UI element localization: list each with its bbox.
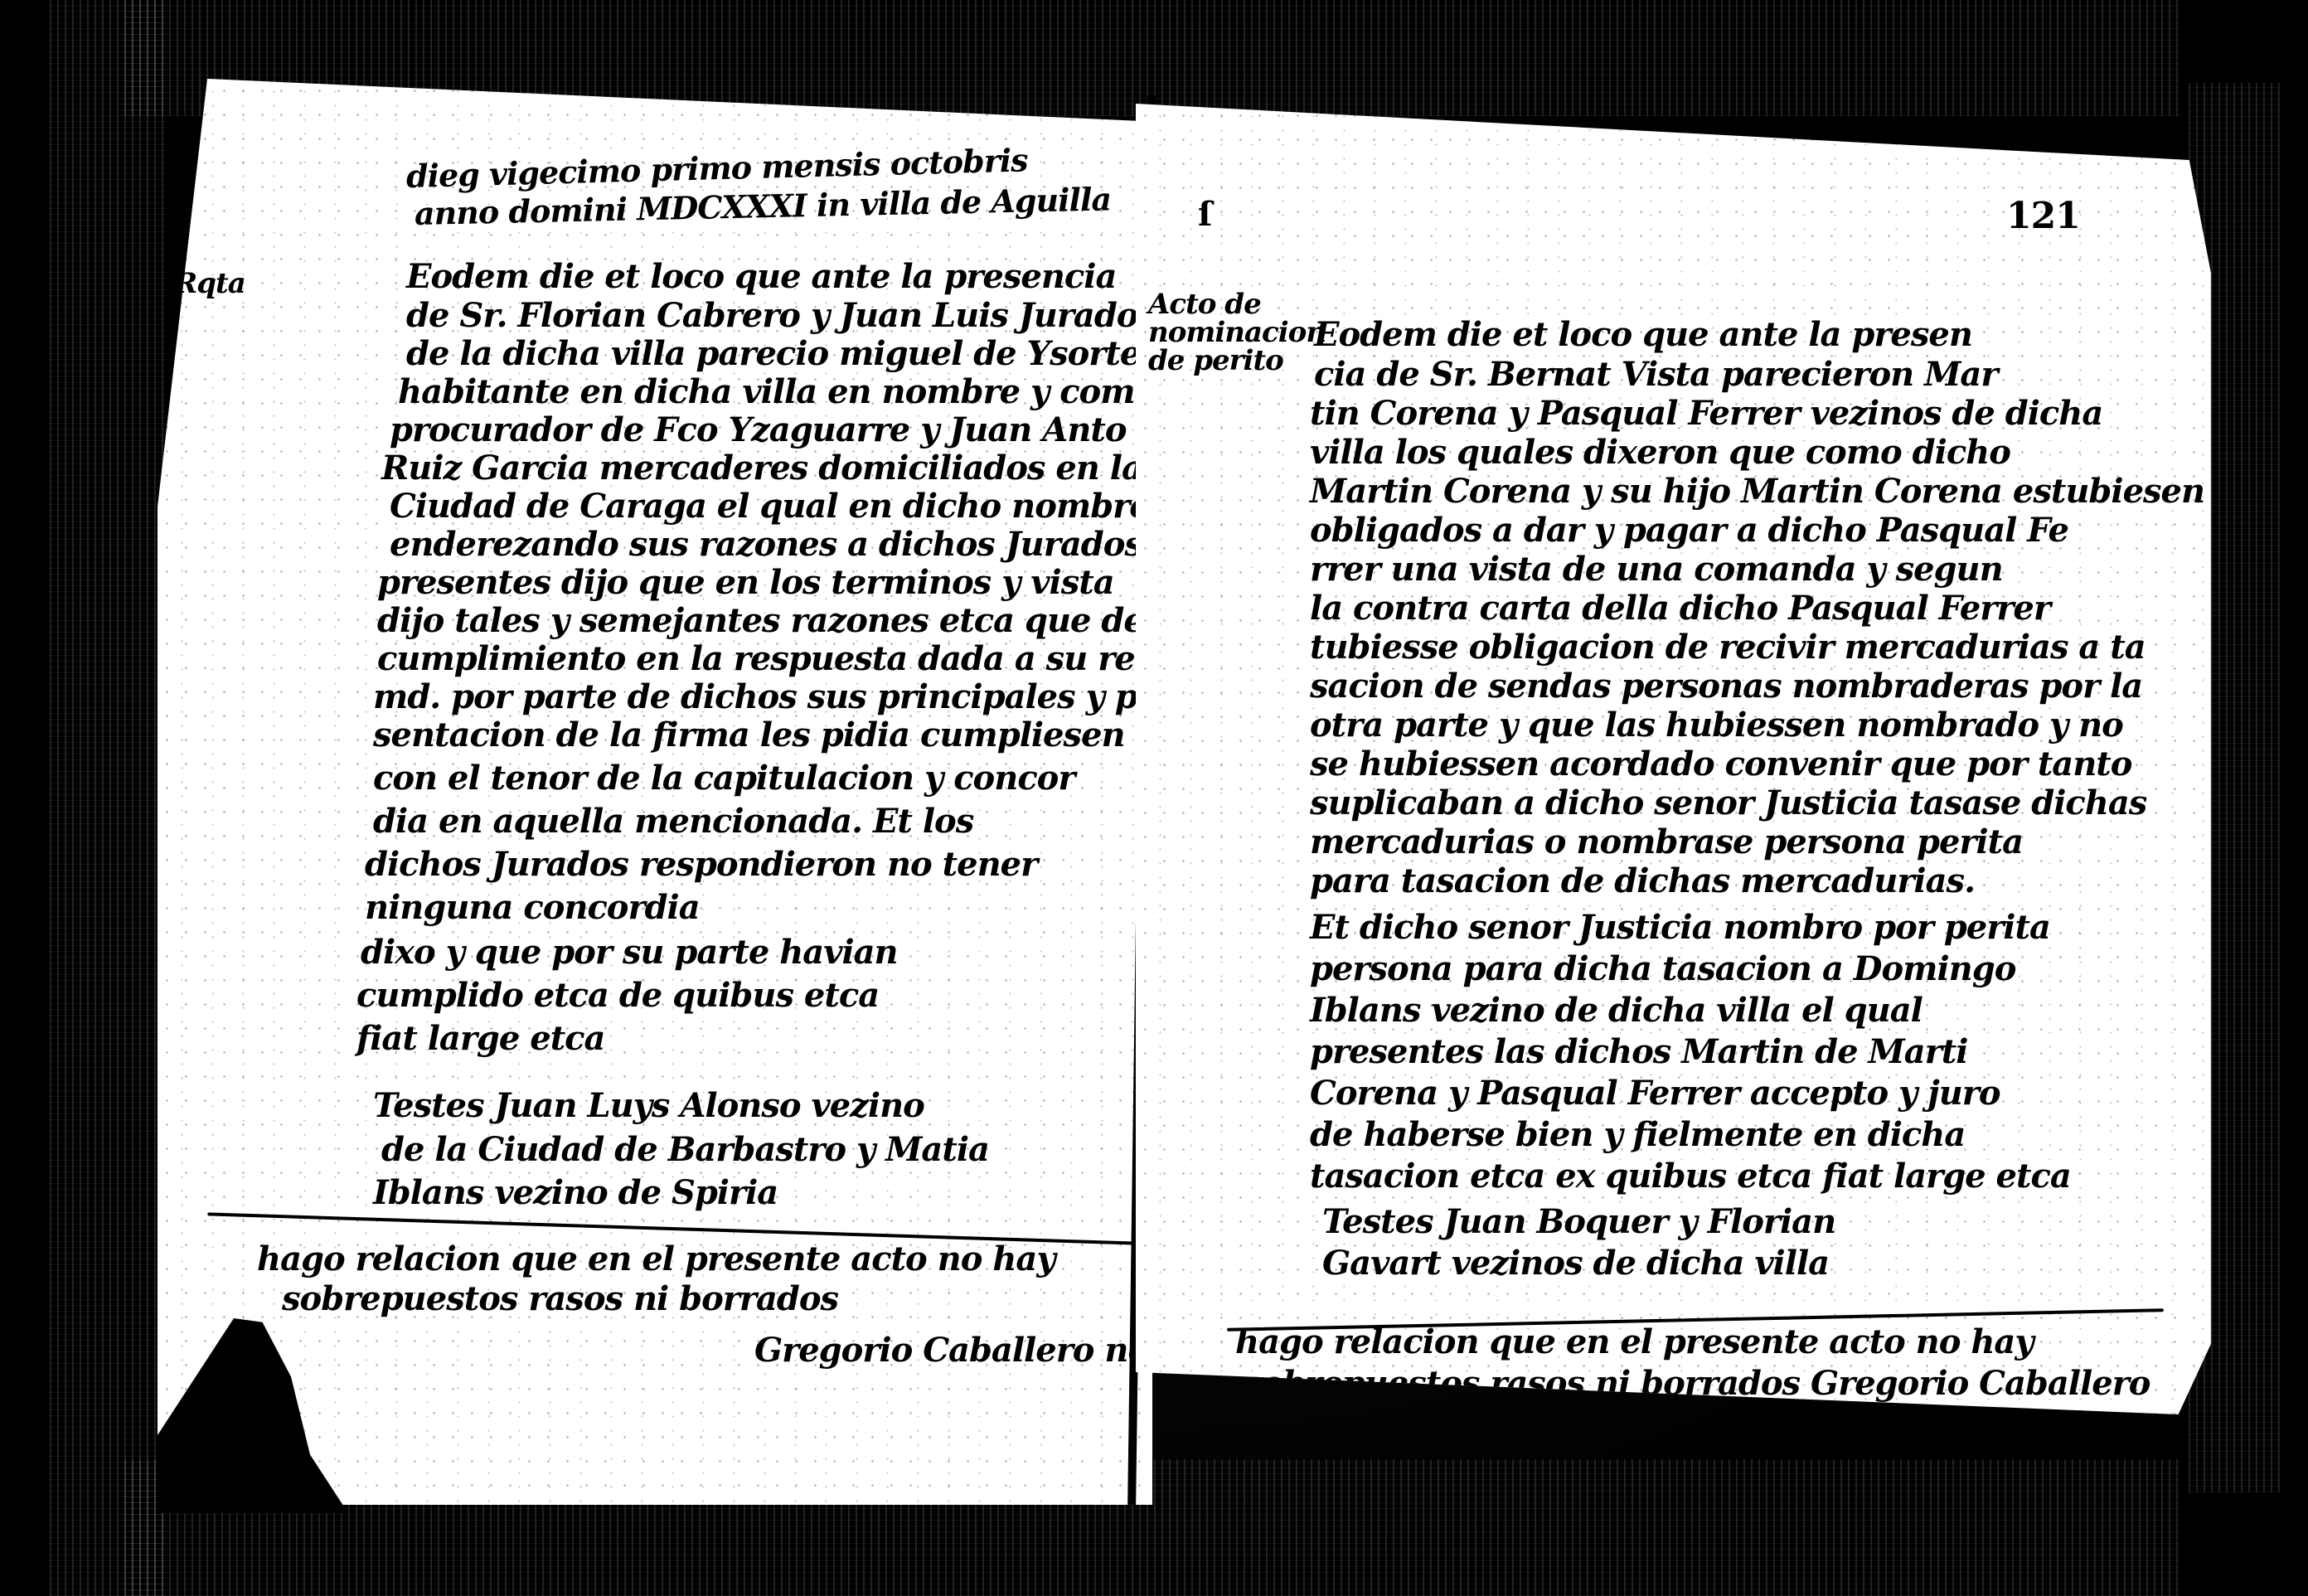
left-body-line-16: dichos Jurados respondieron no tener <box>365 845 1037 884</box>
left-body-line-3: de la dicha villa parecio miguel de Ysor… <box>406 334 1152 373</box>
right-body-line-1: Eodem die et loco que ante la presen <box>1314 315 1972 354</box>
right-body-line-21: de haberse bien y fielmente en dicha <box>1310 1115 1965 1154</box>
right-witness-line-1: Testes Juan Boquer y Florian <box>1322 1202 1835 1241</box>
right-body-line-22: tasacion etca ex quibus etca fiat large … <box>1310 1157 2071 1196</box>
left-body-line-17: ninguna concordia <box>365 888 700 927</box>
right-witness-line-2: Gavart vezinos de dicha villa <box>1322 1244 1829 1283</box>
left-margin-note: Rqta <box>174 269 307 298</box>
left-border-noise <box>50 0 166 1596</box>
page-mark: ſ <box>1198 195 1211 234</box>
left-body-line-14: con el tenor de la capitulacion y concor <box>373 759 1074 798</box>
right-body-line-10: sacion de sendas personas nombraderas po… <box>1310 667 2142 706</box>
right-body-line-19: presentes las dichos Martin de Marti <box>1310 1032 1967 1071</box>
left-body-line-4: habitante en dicha villa en nombre y com… <box>398 372 1152 411</box>
left-body-line-10: dijo tales y semejantes razones etca que… <box>377 601 1144 640</box>
left-body-line-19: cumplido etca de quibus etca <box>356 976 879 1015</box>
left-body-line-15: dia en aquella mencionada. Et los <box>373 802 973 841</box>
left-witness-line-1: Testes Juan Luys Alonso vezino <box>373 1086 924 1125</box>
right-margin-note: Acto de nominacion de perito <box>1148 290 1297 375</box>
right-body-line-18: Iblans vezino de dicha villa el qual <box>1310 991 1923 1030</box>
right-body-line-5: Martin Corena y su hijo Martin Corena es… <box>1310 472 2204 511</box>
right-body-line-9: tubiesse obligacion de recivir mercaduri… <box>1310 628 2146 667</box>
right-body-line-4: villa los quales dixeron que como dicho <box>1310 433 2010 472</box>
right-body-line-14: mercadurias o nombrase persona perita <box>1310 822 2023 861</box>
left-page: Rqta dieg vigecimo primo mensis octobris… <box>158 79 1152 1505</box>
left-body-line-1: Eodem die et loco que ante la presencia <box>406 257 1116 296</box>
right-body-line-8: la contra carta della dicho Pasqual Ferr… <box>1310 589 2050 628</box>
left-body-line-20: fiat large etca <box>356 1019 604 1058</box>
left-body-line-11: cumplimiento en la respuesta dada a su r… <box>377 639 1135 678</box>
right-body-line-17: persona para dicha tasacion a Domingo <box>1310 949 2015 988</box>
left-closing-line-2: sobrepuestos rasos ni borrados <box>282 1279 838 1318</box>
left-body-line-8: enderezando sus razones a dichos Jurados <box>390 525 1142 564</box>
left-witness-line-2: de la Ciudad de Barbastro y Matia <box>381 1130 989 1169</box>
right-body-line-3: tin Corena y Pasqual Ferrer vezinos de d… <box>1310 394 2102 433</box>
left-signature: Gregorio Caballero not. <box>754 1331 1152 1370</box>
left-body-line-6: Ruiz Garcia mercaderes domiciliados en l… <box>381 449 1142 488</box>
left-closing-line-1: hago relacion que en el presente acto no… <box>257 1239 1055 1278</box>
right-closing-line-1: hago relacion que en el presente acto no… <box>1235 1322 2034 1361</box>
right-body-line-20: Corena y Pasqual Ferrer accepto y juro <box>1310 1074 2000 1113</box>
left-body-line-7: Ciudad de Caraga el qual en dicho nombre <box>390 487 1150 526</box>
right-body-line-13: suplicaban a dicho senor Justicia tasase… <box>1310 783 2146 822</box>
left-body-line-12: md. por parte de dichos sus principales … <box>373 677 1152 716</box>
right-page: ſ 121 Acto de nominacion de perito Eodem… <box>1136 104 2222 1513</box>
page-number: 121 <box>2006 195 2080 237</box>
left-witness-line-3: Iblans vezino de Spiria <box>373 1173 778 1212</box>
right-body-line-15: para tasacion de dichas mercadurias. <box>1310 861 1975 900</box>
left-body-line-13: sentacion de la firma les pidia cumplies… <box>373 716 1125 754</box>
right-body-line-7: rrer una vista de una comanda y segun <box>1310 550 2003 589</box>
right-body-line-6: obligados a dar y pagar a dicho Pasqual … <box>1310 511 2068 550</box>
left-body-line-18: dixo y que por su parte havian <box>361 933 898 972</box>
right-body-line-2: cia de Sr. Bernat Vista parecieron Mar <box>1314 355 1997 394</box>
right-body-line-11: otra parte y que las hubiessen nombrado … <box>1310 706 2123 745</box>
right-body-line-12: se hubiessen acordado convenir que por t… <box>1310 745 2131 783</box>
right-body-line-16: Et dicho senor Justicia nombro por perit… <box>1310 908 2050 947</box>
left-body-line-2: de Sr. Florian Cabrero y Juan Luis Jurad… <box>406 296 1137 335</box>
left-body-line-5: procurador de Fco Yzaguarre y Juan Anto <box>390 410 1127 449</box>
left-body-line-9: presentes dijo que en los terminos y vis… <box>377 563 1114 602</box>
